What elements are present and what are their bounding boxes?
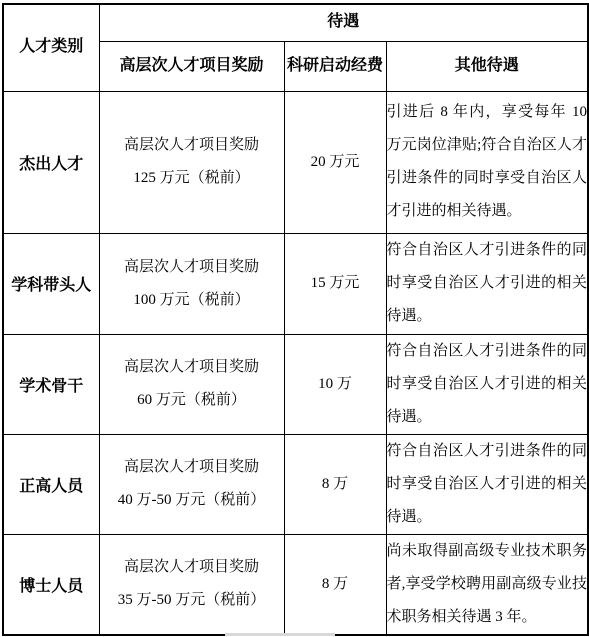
other-benefits-cell: 尚未取得副高级专业技术职务者,享受学校聘用副高级专业技术职务相关待遇 3 年。 [386,534,588,635]
award-cell: 高层次人才项目奖励 100 万元（税前） [99,233,284,334]
award-cell: 高层次人才项目奖励 35 万-50 万元（税前） [99,534,284,635]
category-cell: 博士人员 [3,534,99,635]
award-amount: 125 万元（税前） [100,162,284,195]
fund-cell: 20 万元 [284,91,386,233]
header-row-treatment: 人才类别 待遇 [3,4,588,41]
other-benefits-cell: 符合自治区人才引进条件的同时享受自治区人才引进的相关待遇。 [386,334,588,434]
award-cell: 高层次人才项目奖励 125 万元（税前） [99,91,284,233]
award-amount: 40 万-50 万元（税前） [100,484,284,517]
other-benefits-cell: 符合自治区人才引进条件的同时享受自治区人才引进的相关待遇。 [386,434,588,534]
category-cell: 学术骨干 [3,334,99,434]
header-category: 人才类别 [3,4,99,91]
award-title: 高层次人才项目奖励 [100,129,284,162]
award-title: 高层次人才项目奖励 [100,451,284,484]
scrollbar-fragment [225,633,335,636]
fund-cell: 10 万 [284,334,386,434]
table-row: 杰出人才 高层次人才项目奖励 125 万元（税前） 20 万元 引进后 8 年内… [3,91,588,233]
award-cell: 高层次人才项目奖励 40 万-50 万元（税前） [99,434,284,534]
award-amount: 100 万元（税前） [100,284,284,317]
award-amount: 60 万元（税前） [100,384,284,417]
category-cell: 杰出人才 [3,91,99,233]
award-amount: 35 万-50 万元（税前） [100,584,284,617]
other-benefits-cell: 符合自治区人才引进条件的同时享受自治区人才引进的相关待遇。 [386,233,588,334]
fund-cell: 15 万元 [284,233,386,334]
table-row: 博士人员 高层次人才项目奖励 35 万-50 万元（税前） 8 万 尚未取得副高… [3,534,588,635]
award-title: 高层次人才项目奖励 [100,551,284,584]
award-cell: 高层次人才项目奖励 60 万元（税前） [99,334,284,434]
award-title: 高层次人才项目奖励 [100,251,284,284]
category-cell: 正高人员 [3,434,99,534]
table-row: 学术骨干 高层次人才项目奖励 60 万元（税前） 10 万 符合自治区人才引进条… [3,334,588,434]
header-treatment: 待遇 [99,4,588,41]
table-row: 正高人员 高层次人才项目奖励 40 万-50 万元（税前） 8 万 符合自治区人… [3,434,588,534]
fund-cell: 8 万 [284,534,386,635]
header-award: 高层次人才项目奖励 [99,41,284,91]
award-title: 高层次人才项目奖励 [100,351,284,384]
other-benefits-cell: 引进后 8 年内，享受每年 10 万元岗位津贴;符合自治区人才引进条件的同时享受… [386,91,588,233]
category-cell: 学科带头人 [3,233,99,334]
header-other: 其他待遇 [386,41,588,91]
header-startup-fund: 科研启动经费 [284,41,386,91]
table-row: 学科带头人 高层次人才项目奖励 100 万元（税前） 15 万元 符合自治区人才… [3,233,588,334]
fund-cell: 8 万 [284,434,386,534]
benefits-table: 人才类别 待遇 高层次人才项目奖励 科研启动经费 其他待遇 杰出人才 高层次人才… [2,3,589,636]
